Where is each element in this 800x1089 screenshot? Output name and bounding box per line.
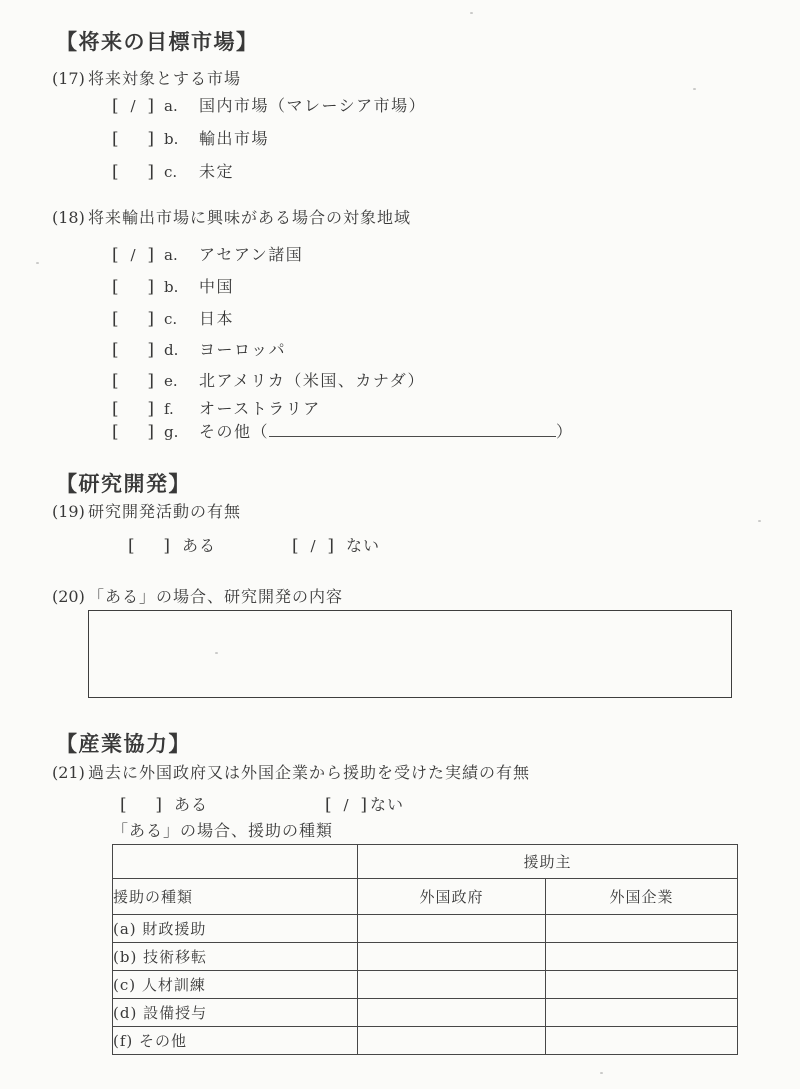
- question-18-title: (18) 将来輸出市場に興味がある場合の対象地域: [52, 207, 411, 229]
- option-label: 北アメリカ（米国、カナダ）: [199, 370, 425, 392]
- check-mark: [119, 161, 148, 183]
- row-label-personnel-training: (c) 人材訓練: [113, 971, 358, 999]
- question-19-title: (19) 研究開発活動の有無: [52, 501, 241, 523]
- checkbox-q19-no[interactable]: [/]: [292, 535, 334, 557]
- bracket-open: [: [120, 794, 127, 816]
- option-letter: b.: [164, 128, 189, 150]
- section-heading-future-market: 【将来の目標市場】: [56, 28, 259, 56]
- option-label: 国内市場（マレーシア市場）: [199, 95, 426, 117]
- checkbox-q17-c[interactable]: []: [112, 161, 154, 183]
- bracket-open: [: [112, 308, 119, 330]
- option-letter: f.: [164, 398, 189, 420]
- option-label: 中国: [199, 276, 234, 298]
- checkbox-q18-f[interactable]: []: [112, 398, 154, 420]
- bracket-open: [: [292, 535, 299, 557]
- option-label: ない: [370, 794, 404, 816]
- q19-option-yes: [] ある: [128, 535, 216, 557]
- cell-equipment-grant-gov[interactable]: [358, 999, 546, 1027]
- checkbox-q19-yes[interactable]: []: [128, 535, 170, 557]
- bracket-close: ]: [147, 421, 154, 443]
- option-label: ある: [182, 535, 216, 557]
- q18-option-e: [] e. 北アメリカ（米国、カナダ）: [112, 370, 425, 392]
- cell-other-gov[interactable]: [358, 1027, 546, 1055]
- check-mark: [119, 370, 148, 392]
- table-row: (a) 財政援助: [113, 915, 738, 943]
- assistance-table-caption: 「ある」の場合、援助の種類: [112, 820, 333, 842]
- cell-personnel-training-gov[interactable]: [358, 971, 546, 999]
- table-row: (c) 人材訓練: [113, 971, 738, 999]
- q18-option-b: [] b. 中国: [112, 276, 234, 298]
- bracket-close: ]: [147, 339, 154, 361]
- q18-option-g: [] g. その他（ ）: [112, 421, 572, 443]
- bracket-close: ]: [147, 161, 154, 183]
- checkbox-q18-e[interactable]: []: [112, 370, 154, 392]
- q19-option-no: [/] ない: [292, 535, 380, 557]
- option-letter: e.: [164, 370, 189, 392]
- question-17-title: (17) 将来対象とする市場: [52, 68, 241, 90]
- cell-financial-aid-gov[interactable]: [358, 915, 546, 943]
- q18-option-a: [/] a. アセアン諸国: [112, 244, 303, 266]
- row-label-financial-aid: (a) 財政援助: [113, 915, 358, 943]
- question-21-text: 過去に外国政府又は外国企業から援助を受けた実績の有無: [88, 762, 530, 784]
- q19-options-row: [] ある [/] ない: [0, 535, 800, 557]
- q18-option-f: [] f. オーストラリア: [112, 398, 321, 420]
- option-letter: g.: [164, 421, 189, 443]
- table-group-header: 援助主: [358, 845, 738, 879]
- bracket-open: [: [112, 339, 119, 361]
- section-heading-industry-coop: 【産業協力】: [56, 730, 191, 758]
- row-label-other: (f) その他: [113, 1027, 358, 1055]
- option-letter: c.: [164, 161, 189, 183]
- check-mark: /: [332, 794, 361, 816]
- bracket-open: [: [112, 276, 119, 298]
- option-label: ない: [346, 535, 380, 557]
- question-20-title: (20) 「ある」の場合、研究開発の内容: [52, 586, 343, 608]
- table-row: (b) 技術移転: [113, 943, 738, 971]
- bracket-close: ]: [360, 794, 367, 816]
- option-label: ある: [174, 794, 208, 816]
- option-label: オーストラリア: [199, 398, 321, 420]
- bracket-open: [: [112, 370, 119, 392]
- col-header-foreign-company: 外国企業: [546, 879, 738, 915]
- q17-option-a: [/] a. 国内市場（マレーシア市場）: [112, 95, 426, 117]
- check-mark: [119, 398, 148, 420]
- bracket-open: [: [112, 398, 119, 420]
- option-label: アセアン諸国: [199, 244, 303, 266]
- check-mark: [127, 794, 156, 816]
- option-letter: a.: [164, 244, 189, 266]
- checkbox-q18-c[interactable]: []: [112, 308, 154, 330]
- q20-answer-box[interactable]: [88, 610, 732, 698]
- check-mark: [119, 128, 148, 150]
- assistance-table: 援助主 援助の種類 外国政府 外国企業 (a) 財政援助 (b) 技術移転 (c…: [112, 844, 738, 1055]
- bracket-close: ]: [147, 308, 154, 330]
- bracket-open: [: [112, 421, 119, 443]
- question-17-text: 将来対象とする市場: [88, 68, 241, 90]
- bracket-close: ]: [327, 535, 334, 557]
- check-mark: [119, 276, 148, 298]
- question-21-number: (21): [52, 762, 88, 784]
- check-mark: /: [299, 535, 328, 557]
- cell-other-corp[interactable]: [546, 1027, 738, 1055]
- bracket-close: ]: [147, 398, 154, 420]
- col-header-foreign-government: 外国政府: [358, 879, 546, 915]
- checkbox-q18-a[interactable]: [/]: [112, 244, 154, 266]
- checkbox-q21-no[interactable]: [/]: [325, 794, 367, 816]
- checkbox-q17-b[interactable]: []: [112, 128, 154, 150]
- option-label: 未定: [199, 161, 234, 183]
- question-18-text: 将来輸出市場に興味がある場合の対象地域: [88, 207, 411, 229]
- table-row: (f) その他: [113, 1027, 738, 1055]
- cell-financial-aid-corp[interactable]: [546, 915, 738, 943]
- cell-technology-transfer-corp[interactable]: [546, 943, 738, 971]
- q21-option-yes: [] ある: [120, 794, 208, 816]
- option-label-suffix: ）: [556, 421, 572, 443]
- question-18-number: (18): [52, 207, 88, 229]
- option-label: その他（: [199, 421, 269, 443]
- question-21-title: (21) 過去に外国政府又は外国企業から援助を受けた実績の有無: [52, 762, 530, 784]
- bracket-open: [: [325, 794, 332, 816]
- cell-personnel-training-corp[interactable]: [546, 971, 738, 999]
- question-20-number: (20): [52, 586, 88, 608]
- q17-option-b: [] b. 輸出市場: [112, 128, 269, 150]
- q21-options-row: [] ある [/] ない: [0, 794, 800, 816]
- table-corner-cell: [113, 845, 358, 879]
- option-label: ヨーロッパ: [199, 339, 286, 361]
- question-19-text: 研究開発活動の有無: [88, 501, 241, 523]
- row-label-equipment-grant: (d) 設備授与: [113, 999, 358, 1027]
- q18-option-d: [] d. ヨーロッパ: [112, 339, 286, 361]
- bracket-close: ]: [147, 244, 154, 266]
- checkbox-q18-d[interactable]: []: [112, 339, 154, 361]
- cell-technology-transfer-gov[interactable]: [358, 943, 546, 971]
- option-label: 日本: [199, 308, 234, 330]
- table-row: (d) 設備授与: [113, 999, 738, 1027]
- bracket-open: [: [112, 95, 119, 117]
- q17-option-c: [] c. 未定: [112, 161, 234, 183]
- col-header-assistance-type: 援助の種類: [113, 879, 358, 915]
- bracket-close: ]: [147, 370, 154, 392]
- bracket-close: ]: [163, 535, 170, 557]
- section-heading-rnd: 【研究開発】: [56, 470, 191, 498]
- check-mark: [119, 421, 148, 443]
- bracket-open: [: [112, 128, 119, 150]
- bracket-close: ]: [147, 276, 154, 298]
- question-17-number: (17): [52, 68, 88, 90]
- bracket-close: ]: [147, 95, 154, 117]
- check-mark: [135, 535, 164, 557]
- checkbox-q18-g[interactable]: []: [112, 421, 154, 443]
- question-19-number: (19): [52, 501, 88, 523]
- q18-other-blank-field[interactable]: [269, 421, 556, 437]
- checkbox-q21-yes[interactable]: []: [120, 794, 162, 816]
- checkbox-q18-b[interactable]: []: [112, 276, 154, 298]
- option-letter: c.: [164, 308, 189, 330]
- question-20-text: 「ある」の場合、研究開発の内容: [88, 586, 343, 608]
- scanned-questionnaire-page: 【将来の目標市場】 (17) 将来対象とする市場 [/] a. 国内市場（マレー…: [0, 0, 800, 1089]
- check-mark: /: [119, 244, 148, 266]
- option-letter: d.: [164, 339, 189, 361]
- option-label: 輸出市場: [199, 128, 269, 150]
- cell-equipment-grant-corp[interactable]: [546, 999, 738, 1027]
- bracket-open: [: [112, 161, 119, 183]
- option-letter: a.: [164, 95, 189, 117]
- check-mark: /: [119, 95, 148, 117]
- q21-option-no: [/] ない: [325, 794, 404, 816]
- q18-option-c: [] c. 日本: [112, 308, 234, 330]
- bracket-open: [: [128, 535, 135, 557]
- row-label-technology-transfer: (b) 技術移転: [113, 943, 358, 971]
- bracket-open: [: [112, 244, 119, 266]
- bracket-close: ]: [147, 128, 154, 150]
- option-letter: b.: [164, 276, 189, 298]
- check-mark: [119, 339, 148, 361]
- checkbox-q17-a[interactable]: [/]: [112, 95, 154, 117]
- bracket-close: ]: [155, 794, 162, 816]
- check-mark: [119, 308, 148, 330]
